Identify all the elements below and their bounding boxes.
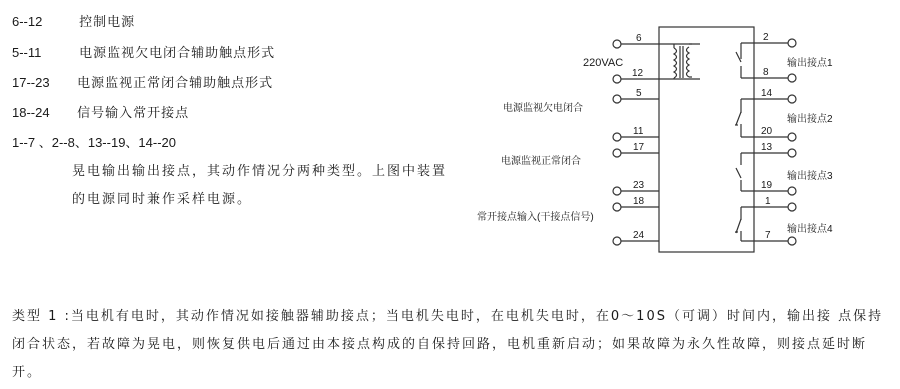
type1-description-line-2: 闭合状态，若故障为晃电，则恢复供电后通过由本接点构成的自保持回路，电机重新启动；… (12, 333, 867, 352)
terminal-20 (788, 133, 796, 141)
undervoltage-label: 电源监视欠电闭合 (503, 101, 583, 114)
terminal-label: 24 (633, 230, 645, 241)
terminal-label: 19 (761, 180, 773, 191)
terminal-24 (613, 237, 621, 245)
wiring-diagram: 6 12 5 11 17 23 18 24 2 8 14 20 13 19 1 … (0, 0, 900, 389)
terminal-label: 18 (633, 196, 645, 207)
type1-description-line-3: 开。 (12, 361, 42, 380)
terminal-7 (788, 237, 796, 245)
terminal-14 (788, 95, 796, 103)
terminal-19 (788, 187, 796, 195)
terminal-label: 7 (765, 230, 771, 241)
contact-1-switch-icon (736, 43, 741, 78)
output-contact-3-label: 输出接点3 (787, 169, 833, 182)
terminal-label: 11 (633, 126, 644, 137)
terminal-label: 5 (636, 88, 642, 99)
terminal-2 (788, 39, 796, 47)
contact-3-switch-icon (736, 153, 741, 191)
terminal-label: 20 (761, 126, 773, 137)
terminal-1 (788, 203, 796, 211)
signal-input-label: 常开接点输入(干接点信号) (477, 210, 594, 223)
contact-2-switch-icon (735, 99, 741, 137)
terminal-label: 2 (763, 32, 769, 43)
terminal-13 (788, 149, 796, 157)
terminal-label: 13 (761, 142, 773, 153)
terminal-label: 14 (761, 88, 773, 99)
transformer-icon (674, 44, 692, 79)
terminal-label: 12 (632, 68, 644, 79)
terminal-12 (613, 75, 621, 83)
output-contact-1-label: 输出接点1 (787, 56, 833, 69)
terminal-5 (613, 95, 621, 103)
terminal-18 (613, 203, 621, 211)
terminal-label: 23 (633, 180, 645, 191)
terminal-6 (613, 40, 621, 48)
terminal-label: 6 (636, 33, 642, 44)
terminal-label: 1 (765, 196, 771, 207)
terminal-8 (788, 74, 796, 82)
terminal-label: 8 (763, 67, 769, 78)
normal-label: 电源监视正常闭合 (501, 154, 581, 167)
contact-4-switch-icon (735, 207, 741, 241)
terminal-11 (613, 133, 621, 141)
output-contact-4-label: 输出接点4 (787, 222, 833, 235)
terminal-23 (613, 187, 621, 195)
terminal-17 (613, 149, 621, 157)
output-contact-2-label: 输出接点2 (787, 112, 833, 125)
type1-description-line-1: 类型 1 :当电机有电时，其动作情况如接触器辅助接点；当电机失电时，在电机失电时… (12, 305, 883, 324)
terminal-label: 17 (633, 142, 645, 153)
supply-voltage-label: 220VAC (583, 57, 623, 69)
